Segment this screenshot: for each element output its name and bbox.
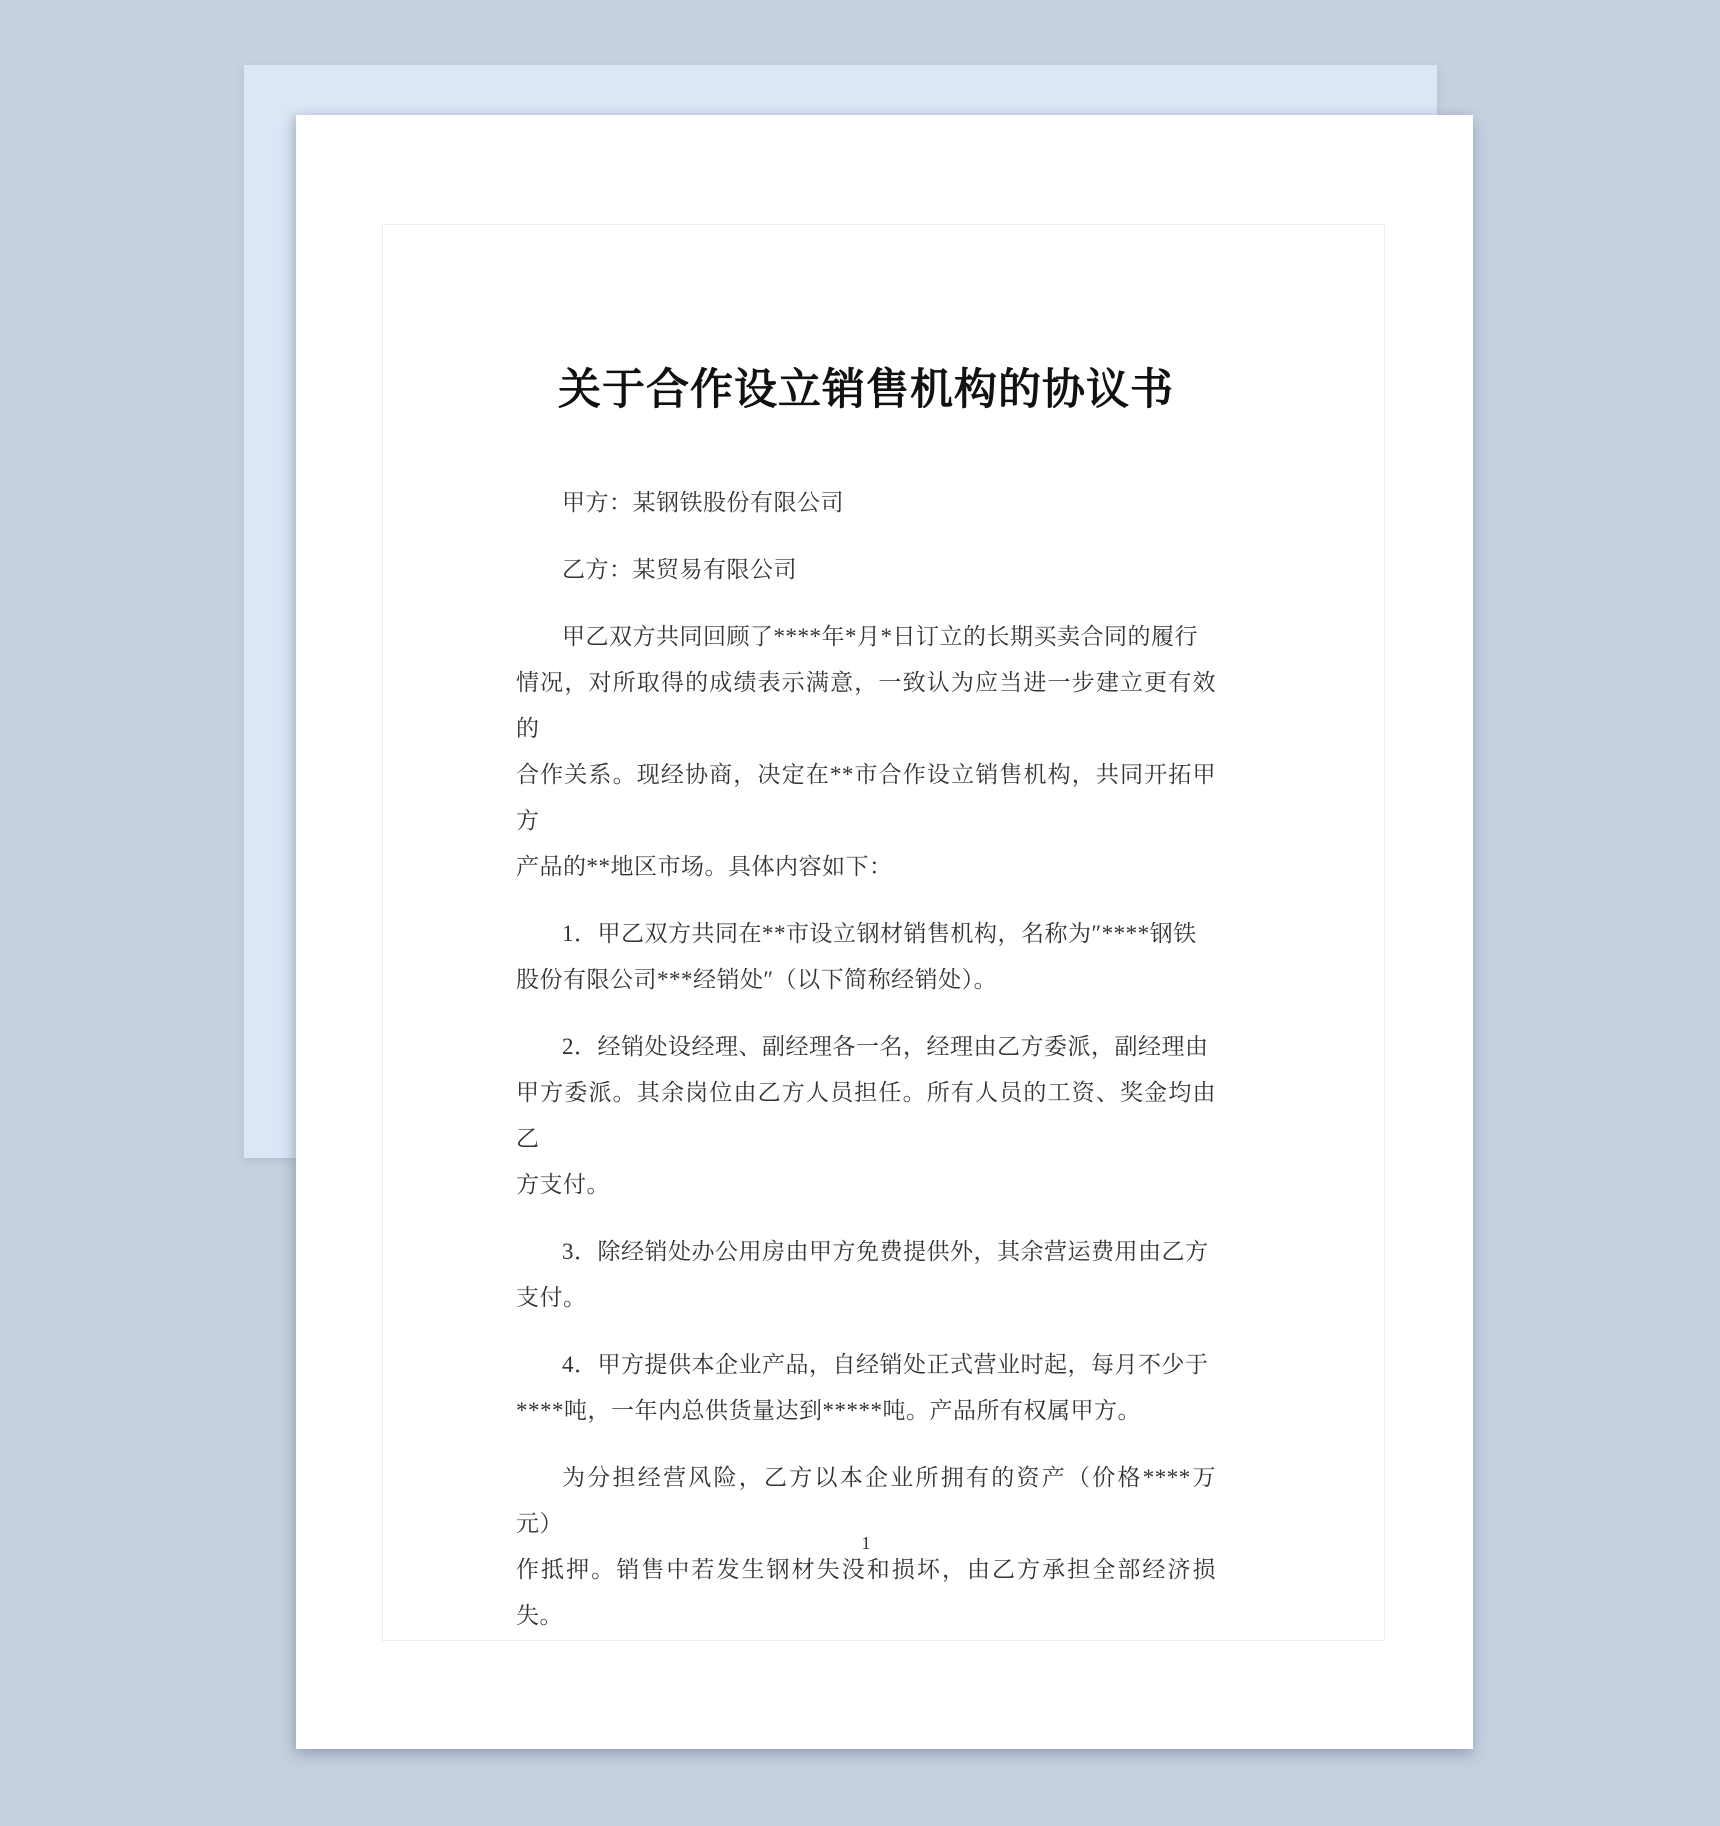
paragraph-party-a: 甲方：某钢铁股份有限公司 — [516, 480, 1216, 526]
paragraph-clause-3: 3．除经销处办公用房由甲方免费提供外，其余营运费用由乙方 支付。 — [516, 1229, 1216, 1321]
document-page: 关于合作设立销售机构的协议书 甲方：某钢铁股份有限公司 乙方：某贸易有限公司 甲… — [296, 115, 1473, 1749]
document-title: 关于合作设立销售机构的协议书 — [516, 363, 1216, 419]
paragraph-clause-4: 4．甲方提供本企业产品，自经销处正式营业时起，每月不少于 ****吨，一年内总供… — [516, 1342, 1216, 1434]
document-content: 关于合作设立销售机构的协议书 甲方：某钢铁股份有限公司 乙方：某贸易有限公司 甲… — [516, 363, 1216, 1660]
paragraph-clause-2: 2．经销处设经理、副经理各一名，经理由乙方委派，副经理由 甲方委派。其余岗位由乙… — [516, 1024, 1216, 1208]
document-preview-canvas: 关于合作设立销售机构的协议书 甲方：某钢铁股份有限公司 乙方：某贸易有限公司 甲… — [0, 0, 1720, 1826]
paragraph-preamble: 甲乙双方共同回顾了****年*月*日订立的长期买卖合同的履行 情况，对所取得的成… — [516, 614, 1216, 890]
paragraph-party-b: 乙方：某贸易有限公司 — [516, 547, 1216, 593]
paragraph-clause-1: 1．甲乙双方共同在**市设立钢材销售机构，名称为″****钢铁 股份有限公司**… — [516, 911, 1216, 1003]
page-number: 1 — [516, 1533, 1216, 1554]
